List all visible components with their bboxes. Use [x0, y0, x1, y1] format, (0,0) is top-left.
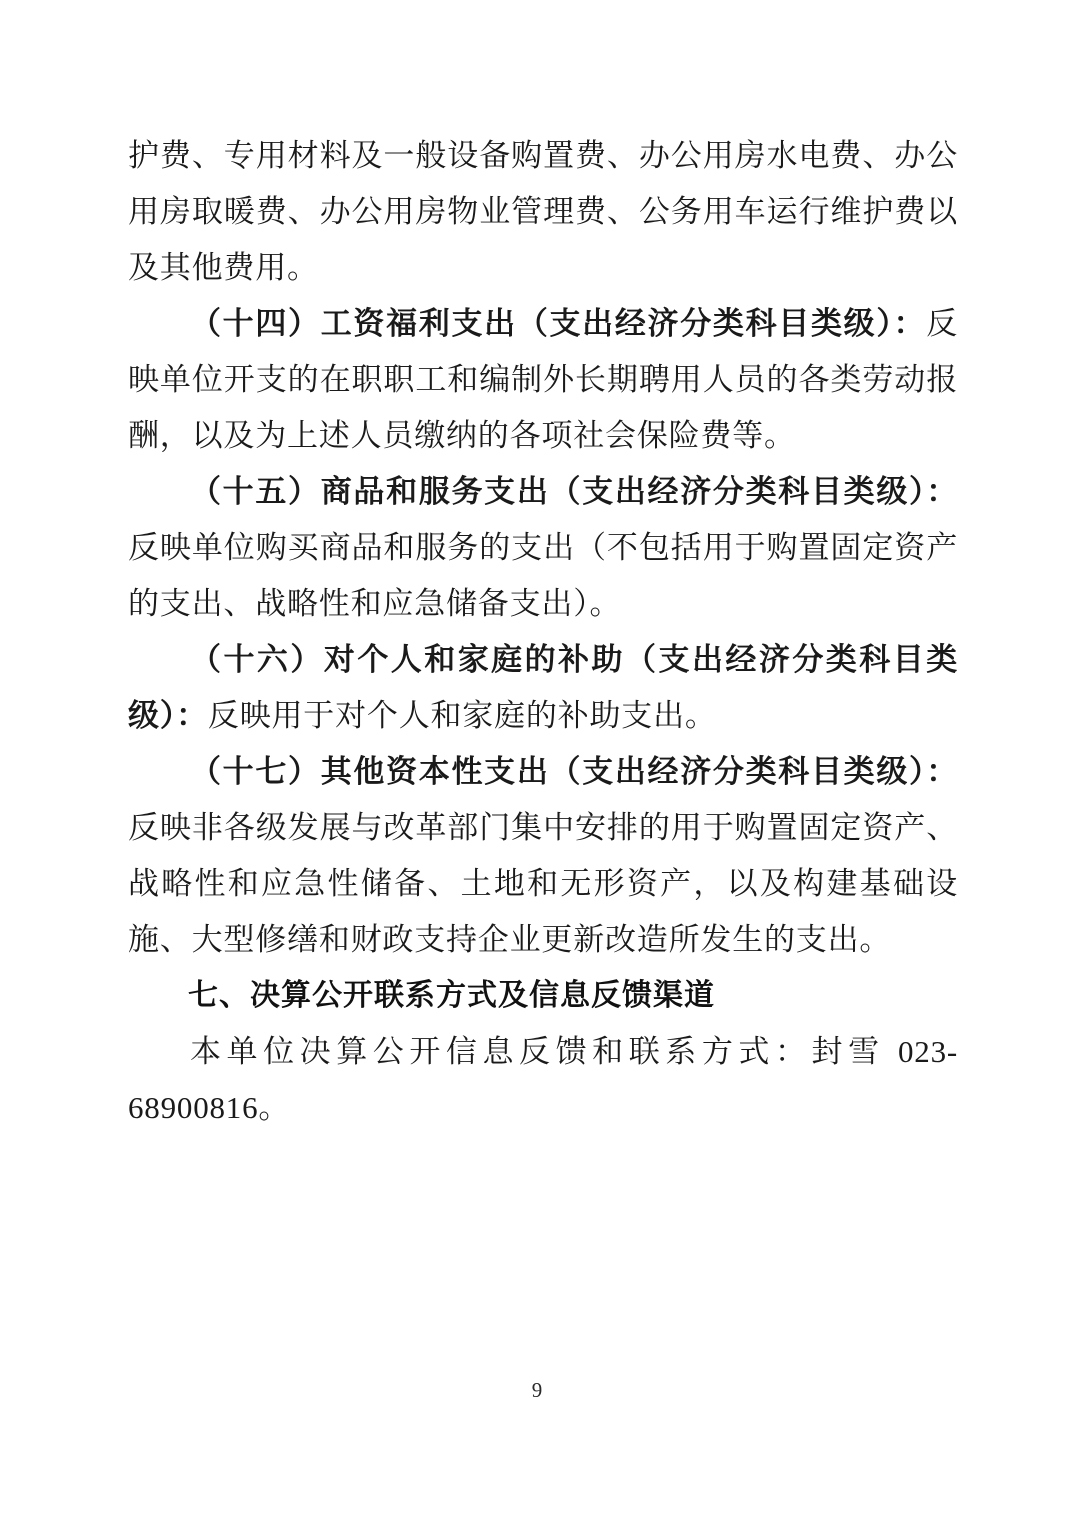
paragraph-text: 反映用于对个人和家庭的补助支出。	[208, 698, 717, 733]
paragraph-lead: （十五）商品和服务支出（支出经济分类科目类级）：	[190, 474, 958, 509]
paragraph-continuation: 护费、专用材料及一般设备购置费、办公用房水电费、办公用房取暖费、办公用房物业管理…	[128, 128, 958, 296]
page-number: 9	[0, 1378, 1074, 1403]
paragraph-item-17: （十七）其他资本性支出（支出经济分类科目类级）：反映非各级发展与改革部门集中安排…	[128, 744, 958, 968]
section-heading: 七、决算公开联系方式及信息反馈渠道	[128, 968, 958, 1024]
document-body: 护费、专用材料及一般设备购置费、办公用房水电费、办公用房取暖费、办公用房物业管理…	[128, 128, 958, 1136]
paragraph-item-14: （十四）工资福利支出（支出经济分类科目类级）：反映单位开支的在职职工和编制外长期…	[128, 296, 958, 464]
paragraph-lead: （十七）其他资本性支出（支出经济分类科目类级）：	[190, 754, 958, 789]
paragraph-text: 护费、专用材料及一般设备购置费、办公用房水电费、办公用房取暖费、办公用房物业管理…	[128, 138, 958, 285]
contact-line: 本单位决算公开信息反馈和联系方式：封雪 023-68900816。	[128, 1024, 958, 1136]
paragraph-text: 反映非各级发展与改革部门集中安排的用于购置固定资产、战略性和应急性储备、土地和无…	[128, 810, 958, 957]
document-page: 护费、专用材料及一般设备购置费、办公用房水电费、办公用房取暖费、办公用房物业管理…	[0, 0, 1074, 1520]
paragraph-item-15: （十五）商品和服务支出（支出经济分类科目类级）：反映单位购买商品和服务的支出（不…	[128, 464, 958, 632]
paragraph-lead: （十四）工资福利支出（支出经济分类科目类级）：	[190, 306, 926, 341]
paragraph-item-16: （十六）对个人和家庭的补助（支出经济分类科目类级）：反映用于对个人和家庭的补助支…	[128, 632, 958, 744]
paragraph-text: 反映单位购买商品和服务的支出（不包括用于购置固定资产的支出、战略性和应急储备支出…	[128, 530, 958, 621]
